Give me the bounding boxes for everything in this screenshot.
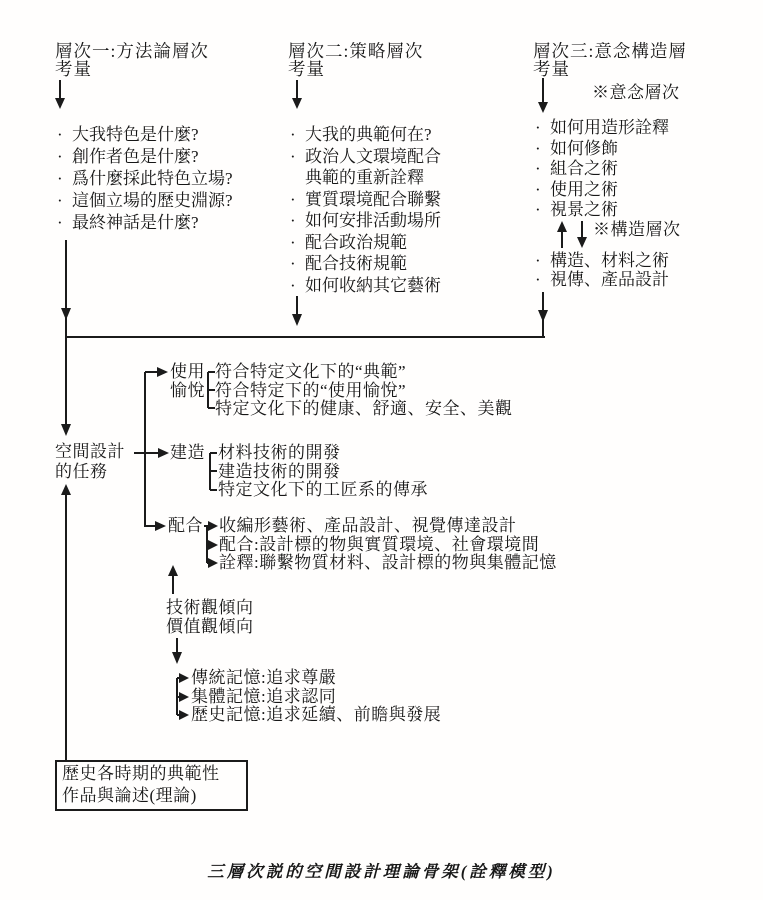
list-item-text: 如何修飾: [550, 139, 618, 160]
orientation-line2: 價值觀傾向: [166, 617, 254, 636]
idea-level-note: ※意念層次: [592, 84, 680, 102]
bullet-icon: ·: [535, 159, 550, 180]
list-item: ·大我特色是什麼?: [57, 124, 233, 146]
list-item-text: 最終神話是什麼?: [72, 212, 199, 234]
list-item: ·如何收納其它藝術: [290, 275, 441, 297]
build-bracket: [210, 453, 217, 490]
structure-up-arrow: [557, 221, 567, 248]
list-item: ·視傳、產品設計: [535, 270, 669, 289]
task-line1: 空間設計: [55, 442, 145, 462]
list-item: ·爲什麼採此特色立場?: [57, 168, 233, 190]
list-item-text: 典範的重新詮釋: [305, 167, 424, 189]
orientation-line1: 技術觀傾向: [166, 598, 254, 617]
memory-item: 傳統記憶:追求尊嚴: [191, 669, 441, 688]
branch-build-label: 建造: [170, 444, 205, 462]
list-item: ·構造、材料之術: [535, 251, 669, 270]
list-item-text: 如何安排活動場所: [305, 210, 441, 232]
col2-question-list: ·大我的典範何在? ·政治人文環境配合 ·典範的重新詮釋 ·實質環境配合聯繫 ·…: [290, 124, 441, 296]
branch-item: 符合特定文化下的“典範”: [215, 363, 513, 382]
list-item-text: 配合政治規範: [305, 232, 407, 254]
list-item: ·如何用造形詮釋: [535, 118, 669, 139]
orientation-node: 技術觀傾向 價值觀傾向: [166, 598, 254, 636]
list-item-continuation: ·典範的重新詮釋: [290, 167, 441, 189]
branch-item: 詮釋:聯繫物質材料、設計標的物與集體記憶: [219, 554, 557, 573]
col2-subtitle: 考量: [288, 60, 325, 78]
branch-item: 符合特定下的“使用愉悅”: [215, 382, 513, 401]
branch-item: 收編形藝術、產品設計、視覺傳達設計: [219, 517, 557, 536]
list-item-text: 創作者色是什麼?: [72, 146, 199, 168]
diagram-page: 層次一:方法論層次 考量 ·大我特色是什麼? ·創作者色是什麼? ·爲什麼採此特…: [0, 0, 763, 900]
branch-fit-items: 收編形藝術、產品設計、視覺傳達設計 配合:設計標的物與實質環境、社會環境間 詮釋…: [219, 517, 557, 573]
memory-item: 集體記憶:追求認同: [191, 688, 441, 707]
list-item-text: 實質環境配合聯繫: [305, 189, 441, 211]
use-bracket: [208, 372, 215, 408]
branch-use-label-line1: 使用: [170, 363, 205, 382]
branch-fit-label: 配合: [168, 517, 203, 535]
list-item: ·組合之術: [535, 159, 669, 180]
list-item: ·大我的典範何在?: [290, 124, 441, 146]
reference-box-line1: 歷史各時期的典範性: [62, 763, 246, 785]
bullet-icon: ·: [290, 124, 305, 146]
memory-items: 傳統記憶:追求尊嚴 集體記憶:追求認同 歷史記憶:追求延續、前瞻與發展: [191, 669, 441, 725]
branch-use-right-arrow: [145, 367, 168, 377]
col1-header-down-arrow: [55, 80, 65, 109]
bullet-icon: ·: [535, 180, 550, 201]
bullet-icon: ·: [535, 200, 550, 221]
list-item: ·如何修飾: [535, 139, 669, 160]
branch-item: 材料技術的開發: [218, 444, 428, 463]
bullet-icon: ·: [57, 124, 72, 146]
bullet-icon: ·: [57, 212, 72, 234]
list-item: ·配合技術規範: [290, 253, 441, 275]
list-item-text: 組合之術: [550, 159, 618, 180]
list-item: ·實質環境配合聯繫: [290, 189, 441, 211]
branch-item: 特定文化下的健康、舒適、安全、美觀: [215, 400, 513, 419]
branch-use-label-line2: 愉悅: [170, 382, 205, 401]
branch-use-label: 使用 愉悅: [170, 363, 205, 400]
list-item-text: 視傳、產品設計: [550, 270, 669, 289]
bullet-icon: ·: [290, 189, 305, 211]
list-item-text: 大我的典範何在?: [305, 124, 432, 146]
bullet-icon: ·: [290, 210, 305, 232]
fit-bracket-arrows: [204, 521, 218, 568]
branch-item: 特定文化下的工匠系的傳承: [218, 481, 428, 500]
col3-title: 層次三:意念構造層: [533, 42, 687, 60]
list-item: ·使用之術: [535, 180, 669, 201]
list-item-text: 如何收納其它藝術: [305, 275, 441, 297]
list-item: ·政治人文環境配合: [290, 146, 441, 168]
col3-structure-list: ·構造、材料之術 ·視傳、產品設計: [535, 251, 669, 289]
diagram-caption: 三層次説的空間設計理論骨架(詮釋模型): [0, 858, 763, 882]
branch-item: 配合:設計標的物與實質環境、社會環境間: [219, 536, 557, 555]
col1-question-list: ·大我特色是什麼? ·創作者色是什麼? ·爲什麼採此特色立場? ·這個立場的歷史…: [57, 124, 233, 234]
list-item-text: 視景之術: [550, 200, 618, 221]
bullet-icon: ·: [535, 251, 550, 270]
memory-bracket-arrows: [177, 673, 189, 720]
task-line2: 的任務: [55, 462, 145, 482]
list-item: ·視景之術: [535, 200, 669, 221]
bullet-icon: ·: [290, 146, 305, 168]
list-item-text: 如何用造形詮釋: [550, 118, 669, 139]
col3-flow-down-arrow: [538, 292, 548, 337]
bullet-icon: ·: [290, 253, 305, 275]
list-item-text: 政治人文環境配合: [305, 146, 441, 168]
task-node: 空間設計 的任務: [55, 442, 145, 481]
list-item: ·如何安排活動場所: [290, 210, 441, 232]
branch-build-items: 材料技術的開發 建造技術的開發 特定文化下的工匠系的傳承: [218, 444, 428, 500]
bullet-icon: ·: [535, 118, 550, 139]
branch-use-items: 符合特定文化下的“典範” 符合特定下的“使用愉悅” 特定文化下的健康、舒適、安全…: [215, 363, 513, 419]
branch-fit-right-arrow: [145, 521, 166, 531]
list-item-text: 爲什麼採此特色立場?: [72, 168, 233, 190]
list-item: ·配合政治規範: [290, 232, 441, 254]
list-item: ·這個立場的歷史淵源?: [57, 190, 233, 212]
reference-box-line2: 作品與論述(理論): [62, 785, 246, 807]
list-item-text: 構造、材料之術: [550, 251, 669, 270]
col3-header-down-arrow: [538, 78, 548, 113]
list-item: ·最終神話是什麼?: [57, 212, 233, 234]
col2-title: 層次二:策略層次: [288, 42, 423, 60]
bullet-icon: ·: [290, 232, 305, 254]
structure-down-arrow: [577, 221, 587, 248]
branch-item: 建造技術的開發: [218, 463, 428, 482]
list-item-text: 大我特色是什麼?: [72, 124, 199, 146]
list-item-text: 配合技術規範: [305, 253, 407, 275]
bullet-icon: ·: [57, 190, 72, 212]
col1-flow-down-arrow: [61, 240, 71, 337]
memory-item: 歷史記憶:追求延續、前瞻與發展: [191, 706, 441, 725]
trunk-down-arrow: [61, 337, 71, 436]
list-item-text: 這個立場的歷史淵源?: [72, 190, 233, 212]
reference-box: 歷史各時期的典範性 作品與論述(理論): [55, 760, 248, 811]
col3-question-list: ·如何用造形詮釋 ·如何修飾 ·組合之術 ·使用之術 ·視景之術: [535, 118, 669, 221]
orientation-down-arrow: [172, 638, 182, 664]
list-item-text: 使用之術: [550, 180, 618, 201]
list-item: ·創作者色是什麼?: [57, 146, 233, 168]
bullet-icon: ·: [535, 270, 550, 289]
orientation-up-arrow: [168, 565, 178, 594]
col2-flow-down-arrow: [292, 296, 302, 326]
col3-subtitle: 考量: [533, 60, 570, 78]
structure-level-note: ※構造層次: [593, 221, 681, 239]
bullet-icon: ·: [57, 146, 72, 168]
col2-header-down-arrow: [292, 80, 302, 109]
col1-title: 層次一:方法論層次: [55, 42, 209, 60]
bullet-icon: ·: [290, 275, 305, 297]
bullet-icon: ·: [57, 168, 72, 190]
source-up-arrow-line: [61, 484, 71, 760]
bullet-icon: ·: [535, 139, 550, 160]
col1-subtitle: 考量: [55, 60, 92, 78]
